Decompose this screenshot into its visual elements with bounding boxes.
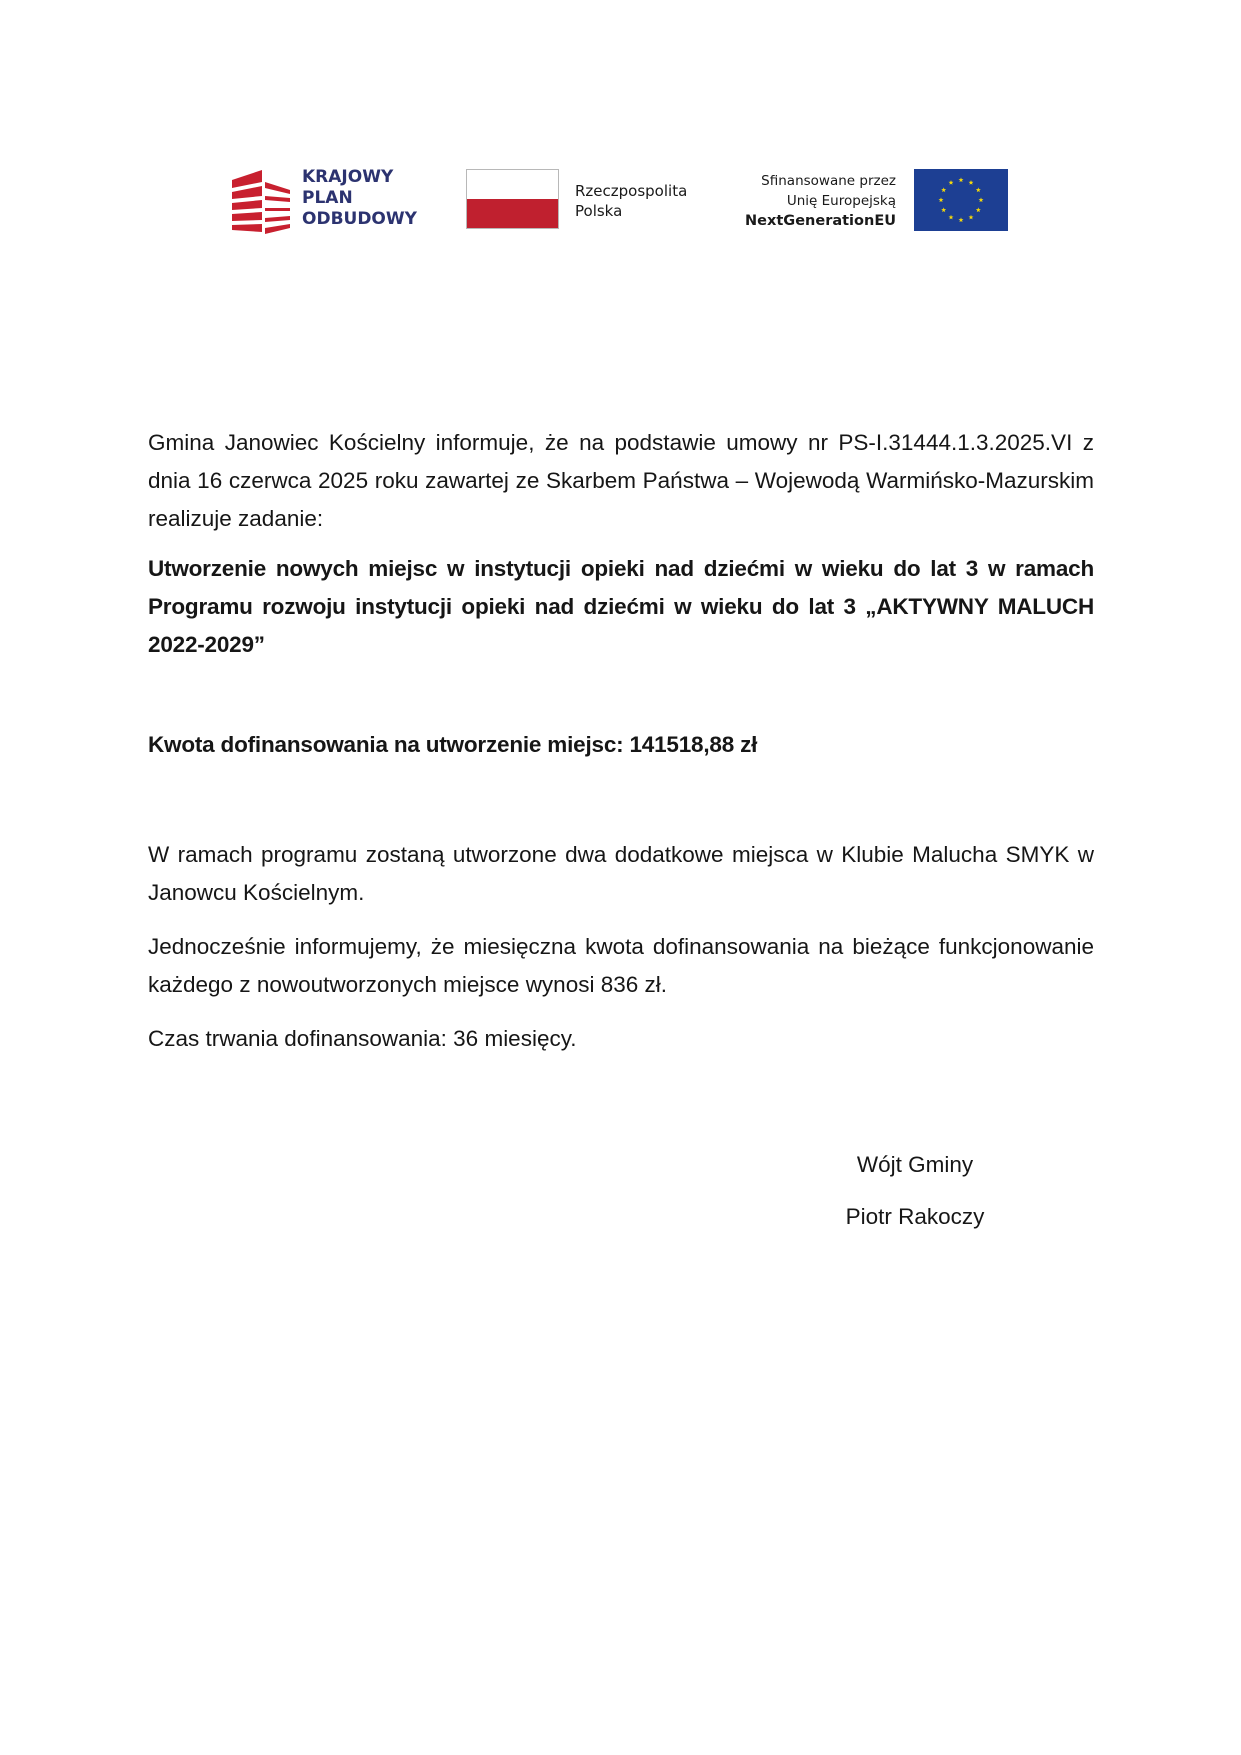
eu-funding-text: Sfinansowane przez Unię Europejską NextG… [745,171,896,231]
eu-line-3: NextGenerationEU [745,211,896,231]
kpo-logo-text: KRAJOWY PLAN ODBUDOWY [302,167,417,230]
eu-line-2: Unię Europejską [745,191,896,211]
rp-line-2: Polska [575,201,687,221]
document-body: Gmina Janowiec Kościelny informuje, że n… [148,424,1094,1058]
logo-bar: KRAJOWY PLAN ODBUDOWY Rzeczpospolita Pol… [0,0,1241,260]
kpo-line-2: PLAN [302,188,417,209]
eu-flag-icon [914,169,1008,231]
rzeczpospolita-logo-text: Rzeczpospolita Polska [575,181,687,221]
duration-paragraph: Czas trwania dofinansowania: 36 miesięcy… [148,1020,1094,1058]
eu-line-1: Sfinansowane przez [745,171,896,191]
task-title: Utworzenie nowych miejsc w instytucji op… [148,550,1094,664]
kpo-line-1: KRAJOWY [302,167,417,188]
places-paragraph: W ramach programu zostaną utworzone dwa … [148,836,1094,912]
funding-amount: Kwota dofinansowania na utworzenie miejs… [148,726,1094,764]
kpo-building-icon [232,168,292,234]
signature-title: Wójt Gminy [800,1152,1030,1178]
rp-line-1: Rzeczpospolita [575,181,687,201]
signature-name: Piotr Rakoczy [800,1204,1030,1230]
kpo-line-3: ODBUDOWY [302,209,417,230]
polish-flag-icon [466,169,559,229]
signature-block: Wójt Gminy Piotr Rakoczy [800,1152,1030,1230]
monthly-funding-paragraph: Jednocześnie informujemy, że miesięczna … [148,928,1094,1004]
intro-paragraph: Gmina Janowiec Kościelny informuje, że n… [148,424,1094,538]
